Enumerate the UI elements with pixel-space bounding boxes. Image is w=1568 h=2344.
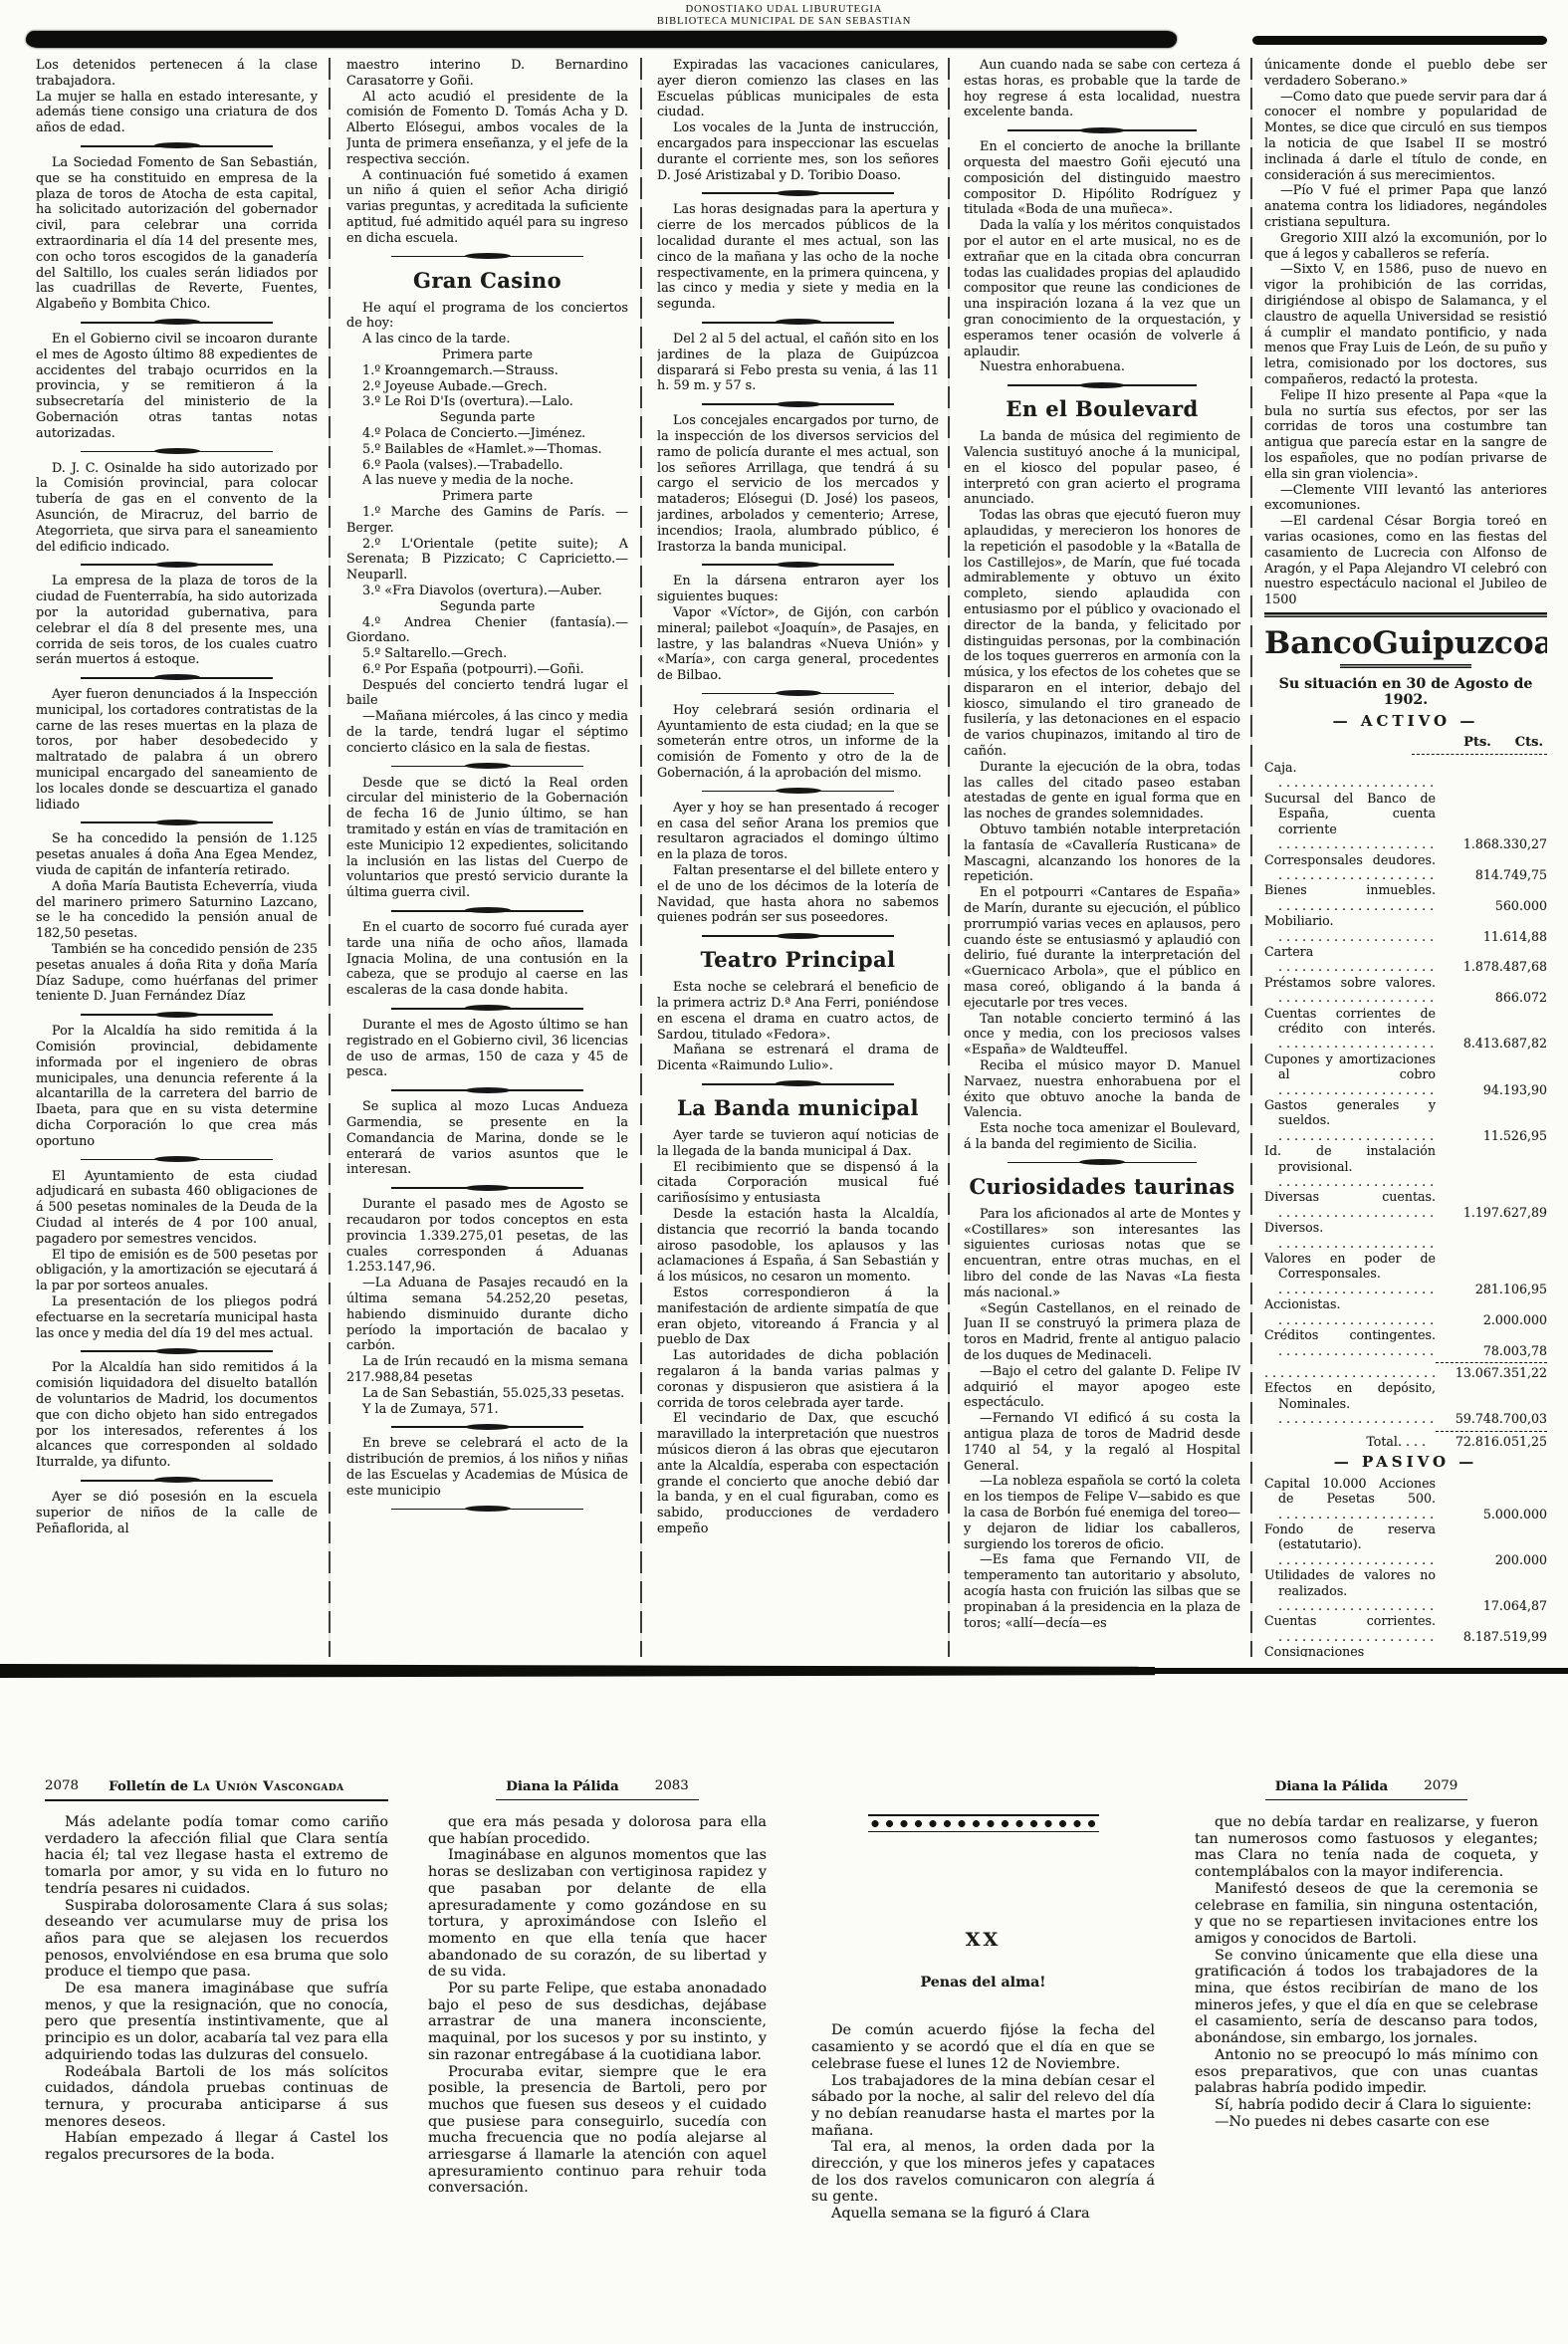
bank-row-label: Utilidades de valores no realizados.	[1264, 1567, 1436, 1613]
news-paragraph-continuation: que no debía tardar en realizarse, y fue…	[1195, 1814, 1538, 1881]
news-paragraph: El tipo de emisión es de 500 pesetas por…	[36, 1248, 318, 1294]
column-rule-1	[329, 58, 331, 1657]
news-paragraph: —La Aduana de Pasajes recaudó en la últi…	[346, 1276, 628, 1354]
section-heading: Curiosidades taurinas	[964, 1175, 1240, 1199]
news-paragraph: —Bajo el cetro del galante D. Felipe IV …	[964, 1364, 1240, 1411]
folletin-page-number-middle: 2083	[655, 1778, 689, 1794]
bank-row-label: Capital 10.000 Acciones de Pesetas 500.	[1264, 1476, 1436, 1522]
bank-currency-headers: Pts.Cts.	[1264, 735, 1547, 751]
bank-row-value: 13.067.351,22	[1436, 1362, 1547, 1380]
news-paragraph: D. J. C. Osinalde ha sido autorizado por…	[36, 461, 318, 556]
news-paragraph: En el concierto de anoche la brillante o…	[964, 139, 1240, 218]
bank-statement: BancoGuipuzcoanoSu situación en 30 de Ag…	[1264, 612, 1547, 1657]
news-paragraph: La presentación de los pliegos podrá efe…	[36, 1294, 318, 1341]
divider-ornament	[36, 672, 318, 683]
news-paragraph: 3.º Le Roi D'Is (overtura).—Lalo.	[346, 394, 628, 410]
bank-row-activo-10: Id. de instalación provisional.	[1264, 1143, 1547, 1189]
news-paragraph: En breve se celebrará el acto de la dist…	[346, 1436, 628, 1499]
news-paragraph: Rodeábala Bartoli de los más solícitos c…	[45, 2064, 388, 2131]
bank-row-label: Caja.	[1264, 760, 1436, 791]
divider-ornament	[346, 1003, 628, 1014]
folletin-series-prefix: Folletín de	[109, 1778, 188, 1794]
news-paragraph: Gregorio XIII alzó la excomunión, por lo…	[1264, 231, 1547, 263]
bank-row-value: 200.000	[1436, 1552, 1547, 1567]
bank-row-label: Sucursal del Banco de España, cuenta cor…	[1264, 791, 1436, 852]
divider-ornament	[657, 1078, 939, 1089]
divider-ornament	[346, 1421, 628, 1432]
folletin-page-number-right: 2079	[1424, 1778, 1457, 1794]
folletin-column-2: que era más pesada y dolorosa para ella …	[428, 1814, 767, 2344]
section-heading: Gran Casino	[346, 269, 628, 293]
news-paragraph: —Mañana miércoles, á las cinco y media d…	[346, 709, 628, 756]
news-paragraph: —Como dato que puede servir para dar á c…	[1264, 90, 1547, 184]
news-paragraph: Durante el mes de Agosto último se han r…	[346, 1018, 628, 1080]
bank-row-pasivo-2: Utilidades de valores no realizados.17.0…	[1264, 1567, 1547, 1613]
news-paragraph: Suspiraba dolorosamente Clara á sus sola…	[45, 1898, 388, 1982]
news-paragraph: —Fernando VI edificó á su costa la antig…	[964, 1411, 1240, 1474]
program-part-label: Primera parte	[346, 489, 628, 505]
bank-row-activo-11: Diversas cuentas.1.197.627,89	[1264, 1189, 1547, 1220]
bank-row-value: 1.878.487,68	[1436, 959, 1547, 974]
divider-ornament	[36, 446, 318, 457]
folletin-page-number-left: 2078	[45, 1778, 79, 1794]
chapter-chain-ornament	[868, 1814, 1099, 1832]
news-paragraph: De común acuerdo fijóse la fecha del cas…	[811, 2022, 1155, 2072]
news-paragraph: Mañana se estrenará el drama de Dicenta …	[657, 1043, 939, 1074]
bank-row-label: Corresponsales deudores.	[1264, 852, 1436, 883]
bottom-ink-band-right	[1155, 1668, 1568, 1674]
section-heading: La Banda municipal	[657, 1096, 939, 1120]
news-paragraph: A las nueve y media de la noche.	[346, 473, 628, 489]
news-paragraph: Los concejales encargados por turno, de …	[657, 413, 939, 555]
news-paragraph: Estos correspondieron á la manifestación…	[657, 1286, 939, 1348]
news-column-2: maestro interino D. Bernardino Carasator…	[346, 58, 628, 1657]
bank-title-word: Banco	[1264, 626, 1372, 660]
newspaper-page-scan: DONOSTIAKO UDAL LIBURUTEGIA BIBLIOTECA M…	[0, 0, 1568, 2344]
bank-row-activo-9: Gastos generales y sueldos.11.526,95	[1264, 1097, 1547, 1143]
bank-row-activo-14: Accionistas.2.000.000	[1264, 1296, 1547, 1327]
bank-row-pasivo-4: Consignaciones voluntarias en efectivo.1…	[1264, 1644, 1547, 1657]
bank-row-value: 78.003,78	[1436, 1343, 1547, 1358]
news-paragraph: Tan notable concierto terminó á las once…	[964, 1012, 1240, 1058]
news-paragraph: Esta noche se celebrará el beneficio de …	[657, 980, 939, 1043]
news-paragraph: Aun cuando nada se sabe con certeza á es…	[964, 58, 1240, 120]
news-paragraph: La de Irún recaudó en la misma semana 21…	[346, 1354, 628, 1386]
news-paragraph: Ayer y hoy se han presentado á recoger e…	[657, 801, 939, 863]
news-paragraph: A doña María Bautista Echeverría, viuda …	[36, 879, 318, 942]
divider-ornament	[36, 1475, 318, 1486]
news-paragraph: En el Gobierno civil se incoaron durante…	[36, 332, 318, 442]
bank-row-activo-2: Corresponsales deudores.814.749,75	[1264, 852, 1547, 883]
bank-title-underline	[1340, 664, 1471, 668]
divider-ornament	[964, 124, 1240, 135]
bank-row-label: Cartera	[1264, 944, 1436, 975]
divider-ornament	[657, 688, 939, 699]
news-paragraph: 3.º «Fra Diavolos (overtura).—Auber.	[346, 584, 628, 599]
column-rule-2	[640, 58, 642, 1657]
bank-row-value: 8.187.519,99	[1436, 1629, 1547, 1644]
news-paragraph-continuation: Los detenidos pertenecen á la clase trab…	[36, 58, 318, 90]
divider-ornament	[964, 379, 1240, 390]
news-paragraph: Hoy celebrará sesión ordinaria el Ayunta…	[657, 703, 939, 782]
news-paragraph: Para los aficionados al arte de Montes y…	[964, 1207, 1240, 1301]
news-paragraph: «Según Castellanos, en el reinado de Jua…	[964, 1301, 1240, 1364]
bank-row-label: Diversos.	[1264, 1220, 1436, 1251]
news-paragraph: —No puedes ni debes casarte con ese	[1195, 2114, 1538, 2131]
bank-row-value: 2.000.000	[1436, 1312, 1547, 1327]
news-paragraph: Vapor «Víctor», de Gijón, con carbón min…	[657, 605, 939, 684]
news-paragraph: Durante el pasado mes de Agosto se recau…	[346, 1197, 628, 1276]
news-paragraph: En el potpourri «Cantares de España» de …	[964, 885, 1240, 1011]
bank-row-value: 1.197.627,89	[1436, 1205, 1547, 1220]
divider-ornament	[346, 251, 628, 262]
news-paragraph: Por la Alcaldía han sido remitidos á la …	[36, 1360, 318, 1471]
bank-row-value: 281.106,95	[1436, 1282, 1547, 1296]
bank-row-activo-15: Créditos contingentes.78.003,78	[1264, 1327, 1547, 1358]
news-paragraph: Sí, habría podido decir á Clara lo sigui…	[1195, 2097, 1538, 2114]
news-paragraph: De esa manera imaginábase que sufría men…	[45, 1981, 388, 2064]
program-part-label: Segunda parte	[346, 410, 628, 426]
bank-row-activo-12: Diversos.	[1264, 1220, 1547, 1251]
news-paragraph: Las horas designadas para la apertura y …	[657, 202, 939, 313]
chapter-title: Penas del alma!	[811, 1975, 1155, 1992]
divider-ornament	[36, 317, 318, 328]
news-paragraph: —Pío V fué el primer Papa que lanzó anat…	[1264, 183, 1547, 230]
novel-title: Diana la Pálida	[506, 1778, 618, 1794]
news-paragraph: 1.º Marche des Gamins de París. — Berger…	[346, 505, 628, 537]
news-paragraph-continuation: maestro interino D. Bernardino Carasator…	[346, 58, 628, 90]
column-rule-4	[1250, 58, 1252, 1657]
divider-ornament	[657, 930, 939, 941]
news-paragraph: El Ayuntamiento de esta ciudad adjudicar…	[36, 1169, 318, 1248]
bank-row-label: Valores en poder de Corresponsales.	[1264, 1251, 1436, 1296]
news-paragraph: El vecindario de Dax, que escuchó maravi…	[657, 1411, 939, 1536]
bank-row-label	[1264, 1365, 1436, 1380]
divider-ornament	[36, 140, 318, 151]
news-paragraph: Obtuvo también notable interpretación la…	[964, 822, 1240, 885]
news-paragraph: Las autoridades de dicha población regal…	[657, 1348, 939, 1411]
news-paragraph: Al acto acudió el presidente de la comis…	[346, 90, 628, 168]
divider-ornament	[657, 317, 939, 328]
divider-ornament	[346, 1182, 628, 1193]
news-paragraph: Tal era, al menos, la orden dada por la …	[811, 2139, 1155, 2206]
news-paragraph: Desde que se dictó la Real orden circula…	[346, 776, 628, 901]
bank-row-label: Gastos generales y sueldos.	[1264, 1097, 1436, 1143]
news-paragraph: —Es fama que Fernando VII, de temperamen…	[964, 1552, 1240, 1631]
bank-row-label: Mobiliario.	[1264, 913, 1436, 944]
news-paragraph-continuation: La mujer se halla en estado interesante,…	[36, 90, 318, 136]
news-column-4: Aun cuando nada se sabe con certeza á es…	[964, 58, 1240, 1657]
news-paragraph: Y la de Zumaya, 571.	[346, 1402, 628, 1418]
news-paragraph: 6.º Por España (potpourri).—Goñi.	[346, 662, 628, 678]
bank-row-label: Cuentas corrientes.	[1264, 1613, 1436, 1644]
divider-ornament	[36, 1154, 318, 1165]
bank-row-value: 8.413.687,82	[1436, 1036, 1547, 1051]
divider-ornament	[36, 559, 318, 570]
news-paragraph: También se ha concedido pensión de 235 p…	[36, 942, 318, 1005]
news-paragraph: Se ha concedido la pensión de 1.125 pese…	[36, 831, 318, 878]
news-paragraph: 5.º Bailables de «Hamlet.»—Thomas.	[346, 442, 628, 458]
news-paragraph: A continuación fué sometido á examen un …	[346, 168, 628, 247]
divider-ornament	[36, 817, 318, 827]
bank-row-value: 560.000	[1436, 898, 1547, 913]
news-column-5-bank: únicamente donde el pueblo debe ser verd…	[1264, 58, 1547, 1657]
news-paragraph: El recibimiento que se dispensó á la cit…	[657, 1160, 939, 1207]
activo-heading: — ACTIVO —	[1264, 714, 1547, 730]
news-paragraph: Durante la ejecución de la obra, todas l…	[964, 760, 1240, 822]
divider-ornament	[657, 559, 939, 570]
news-paragraph: La de San Sebastián, 55.025,33 pesetas.	[346, 1386, 628, 1402]
news-paragraph: La Sociedad Fomento de San Sebastián, qu…	[36, 155, 318, 313]
news-paragraph: Antonio no se preocupó lo más mínimo con…	[1195, 2047, 1538, 2097]
bank-row-activo-16: 13.067.351,22	[1264, 1362, 1547, 1380]
divider-ornament	[36, 1009, 318, 1020]
bank-row-activo-4: Mobiliario.11.614,88	[1264, 913, 1547, 944]
bank-row-activo-17: Efectos en depósito, Nominales.59.748.70…	[1264, 1380, 1547, 1426]
divider-ornament	[346, 905, 628, 916]
bank-title: BancoGuipuzcoano	[1264, 626, 1547, 660]
bank-row-pasivo-3: Cuentas corrientes.8.187.519,99	[1264, 1613, 1547, 1644]
bank-row-value: 72.816.051,25	[1436, 1431, 1547, 1449]
news-paragraph: Por su parte Felipe, que estaba anonadad…	[428, 1981, 767, 2064]
divider-ornament	[964, 1157, 1240, 1168]
news-paragraph: Ayer se dió posesión en la escuela super…	[36, 1490, 318, 1536]
news-paragraph: Faltan presentarse el del billete entero…	[657, 863, 939, 926]
top-ink-band-right	[1252, 36, 1547, 45]
news-paragraph: Más adelante podía tomar como cariño ver…	[45, 1814, 388, 1898]
news-paragraph: En el cuarto de socorro fué curada ayer …	[346, 920, 628, 999]
bank-title-word: Guipuzcoano	[1372, 626, 1547, 660]
top-ink-band-left	[26, 31, 1177, 48]
newspaper-name: La Unión Vascongada	[193, 1778, 344, 1794]
bank-row-activo-13: Valores en poder de Corresponsales.281.1…	[1264, 1251, 1547, 1296]
news-paragraph: Felipe II hizo presente al Papa «que la …	[1264, 388, 1547, 483]
section-heading: Teatro Principal	[657, 948, 939, 972]
bank-row-pasivo-0: Capital 10.000 Acciones de Pesetas 500.5…	[1264, 1476, 1547, 1522]
bank-row-label: Préstamos sobre valores.	[1264, 975, 1436, 1006]
program-part-label: Segunda parte	[346, 599, 628, 615]
news-paragraph: La banda de música del regimiento de Val…	[964, 429, 1240, 508]
bank-row-label: Cupones y amortizaciones al cobro	[1264, 1052, 1436, 1097]
news-paragraph: —Sixto V, en 1586, puso de nuevo en vigo…	[1264, 262, 1547, 387]
news-paragraph: Esta noche toca amenizar el Boulevard, á…	[964, 1121, 1240, 1153]
news-paragraph: 2.º L'Orientale (petite suite); A Serena…	[346, 537, 628, 584]
news-paragraph: 2.º Joyeuse Aubade.—Grech.	[346, 379, 628, 395]
bank-subtitle: Su situación en 30 de Agosto de 1902.	[1264, 677, 1547, 709]
folletin-header-left: 2078 Folletín de La Unión Vascongada	[45, 1778, 388, 1801]
stamp-line-1: DONOSTIAKO UDAL LIBURUTEGIA	[0, 4, 1568, 16]
divider-ornament	[657, 786, 939, 797]
bank-row-activo-8: Cupones y amortizaciones al cobro94.193,…	[1264, 1052, 1547, 1097]
bank-row-activo-3: Bienes inmuebles.560.000	[1264, 882, 1547, 913]
folletin-column-4: que no debía tardar en realizarse, y fue…	[1195, 1814, 1538, 2344]
news-paragraph: 4.º Andrea Chenier (fantasía).—Giordano.	[346, 615, 628, 647]
novel-title-right: Diana la Pálida	[1275, 1778, 1388, 1794]
bank-row-label: Diversas cuentas.	[1264, 1189, 1436, 1220]
bank-row-activo-5: Cartera1.878.487,68	[1264, 944, 1547, 975]
stamp-line-2: BIBLIOTECA MUNICIPAL DE SAN SEBASTIAN	[0, 16, 1568, 28]
bank-row-label: Efectos en depósito, Nominales.	[1264, 1380, 1436, 1426]
news-paragraph: Reciba el músico mayor D. Manuel Narvaez…	[964, 1058, 1240, 1121]
pasivo-heading: — PASIVO —	[1264, 1455, 1547, 1471]
news-paragraph: Se convino únicamente que ella diese una…	[1195, 1948, 1538, 2047]
column-rule-3	[948, 58, 950, 1657]
news-paragraph: Manifestó deseos de que la ceremonia se …	[1195, 1881, 1538, 1948]
news-paragraph: Después del concierto tendrá lugar el ba…	[346, 678, 628, 710]
folletin-header-right: Diana la Pálida 2079	[1195, 1778, 1538, 1800]
news-column-1: Los detenidos pertenecen á la clase trab…	[36, 58, 318, 1657]
news-paragraph: Habían empezado á llegar á Castel los re…	[45, 2130, 388, 2163]
news-paragraph: Los vocales de la Junta de instrucción, …	[657, 120, 939, 183]
bank-row-activo-7: Cuentas corrientes de crédito con interé…	[1264, 1006, 1547, 1052]
news-paragraph: Desde la estación hasta la Alcaldía, dis…	[657, 1207, 939, 1286]
news-paragraph-continuation: únicamente donde el pueblo debe ser verd…	[1264, 58, 1547, 90]
news-paragraph: Aquella semana se la figuró á Clara	[811, 2206, 1155, 2223]
news-paragraph: 4.º Polaca de Concierto.—Jiménez.	[346, 426, 628, 442]
bank-row-label: Id. de instalación provisional.	[1264, 1143, 1436, 1189]
bank-row-value: 11.526,95	[1436, 1128, 1547, 1143]
chapter-number: XX	[811, 1932, 1155, 1949]
folletin-column-1: Más adelante podía tomar como cariño ver…	[45, 1814, 388, 2344]
bank-row-pasivo-1: Fondo de reserva (estatutario).200.000	[1264, 1522, 1547, 1567]
divider-ornament	[346, 1504, 628, 1515]
news-paragraph: Se suplica al mozo Lucas Andueza Garmend…	[346, 1099, 628, 1178]
divider-ornament	[346, 761, 628, 772]
news-paragraph: 5.º Saltarello.—Grech.	[346, 646, 628, 662]
news-paragraph-continuation: que era más pesada y dolorosa para ella …	[428, 1814, 767, 1847]
news-paragraph: La empresa de la plaza de toros de la ci…	[36, 574, 318, 668]
news-paragraph: Dada la valía y los méritos conquistados…	[964, 218, 1240, 359]
news-paragraph: A las cinco de la tarde.	[346, 332, 628, 348]
news-paragraph: Ayer fueron denunciados á la Inspección …	[36, 687, 318, 813]
news-paragraph: En la dársena entraron ayer los siguient…	[657, 574, 939, 605]
library-stamp: DONOSTIAKO UDAL LIBURUTEGIA BIBLIOTECA M…	[0, 4, 1568, 27]
bank-row-value: 1.868.330,27	[1436, 836, 1547, 851]
bank-row-label: Accionistas.	[1264, 1296, 1436, 1327]
divider-ornament	[657, 398, 939, 409]
bank-row-label: Fondo de reserva (estatutario).	[1264, 1522, 1436, 1567]
bank-row-value: 5.000.000	[1436, 1507, 1547, 1522]
bank-row-label: Total.	[1264, 1434, 1436, 1449]
bank-row-value: 11.614,88	[1436, 929, 1547, 944]
news-paragraph: Por la Alcaldía ha sido remitida á la Co…	[36, 1024, 318, 1149]
news-paragraph: Los trabajadores de la mina debían cesar…	[811, 2073, 1155, 2140]
heavy-rule	[1264, 612, 1547, 617]
news-paragraph: Nuestra enhorabuena.	[964, 359, 1240, 375]
currency-header-rule	[1412, 754, 1547, 755]
bottom-ink-band-left	[0, 1664, 1155, 1678]
bank-row-activo-1: Sucursal del Banco de España, cuenta cor…	[1264, 791, 1547, 852]
cts-column-label: Cts.	[1515, 735, 1543, 751]
news-paragraph: Todas las obras que ejecutó fueron muy a…	[964, 508, 1240, 760]
news-paragraph: Expiradas las vacaciones caniculares, ay…	[657, 58, 939, 120]
bank-row-label: Cuentas corrientes de crédito con interé…	[1264, 1006, 1436, 1052]
divider-ornament	[36, 1345, 318, 1356]
bank-row-activo-6: Préstamos sobre valores.866.072	[1264, 975, 1547, 1006]
bank-row-value: 94.193,90	[1436, 1082, 1547, 1097]
bank-row-activo-18: Total.72.816.051,25	[1264, 1431, 1547, 1449]
folletin-series-label: Folletín de La Unión Vascongada	[109, 1778, 344, 1794]
news-paragraph: 1.º Kroanngemarch.—Strauss.	[346, 363, 628, 379]
pts-column-label: Pts.	[1463, 735, 1491, 751]
bank-row-activo-0: Caja.	[1264, 760, 1547, 791]
bank-row-value: 814.749,75	[1436, 867, 1547, 882]
news-paragraph: Del 2 al 5 del actual, el cañón sito en …	[657, 332, 939, 394]
folletin-header-middle: Diana la Pálida 2083	[428, 1778, 767, 1800]
news-paragraph: Imaginábase en algunos momentos que las …	[428, 1847, 767, 1981]
news-paragraph: Ayer tarde se tuvieron aquí noticias de …	[657, 1128, 939, 1160]
news-paragraph: He aquí el programa de los conciertos de…	[346, 301, 628, 333]
divider-ornament	[657, 187, 939, 198]
section-heading: En el Boulevard	[964, 397, 1240, 421]
bank-row-label: Créditos contingentes.	[1264, 1327, 1436, 1358]
bank-row-value: 59.748.700,03	[1436, 1411, 1547, 1426]
divider-ornament	[346, 1084, 628, 1095]
bank-row-label: Bienes inmuebles.	[1264, 882, 1436, 913]
news-paragraph: —Clemente VIII levantó las anteriores ex…	[1264, 483, 1547, 515]
folletin-column-3: XXPenas del alma!De común acuerdo fijóse…	[811, 1814, 1155, 2344]
news-column-3: Expiradas las vacaciones caniculares, ay…	[657, 58, 939, 1657]
program-part-label: Primera parte	[346, 348, 628, 363]
news-paragraph: 6.º Paola (valses).—Trabadello.	[346, 458, 628, 474]
bank-row-label: Consignaciones voluntarias en efectivo.	[1264, 1644, 1436, 1657]
news-paragraph: —La nobleza española se cortó la coleta …	[964, 1474, 1240, 1552]
news-paragraph: Procuraba evitar, siempre que le era pos…	[428, 2064, 767, 2198]
bank-row-value: 866.072	[1436, 990, 1547, 1005]
bank-row-value: 17.064,87	[1436, 1598, 1547, 1613]
news-paragraph: —El cardenal César Borgia toreó en varia…	[1264, 514, 1547, 608]
